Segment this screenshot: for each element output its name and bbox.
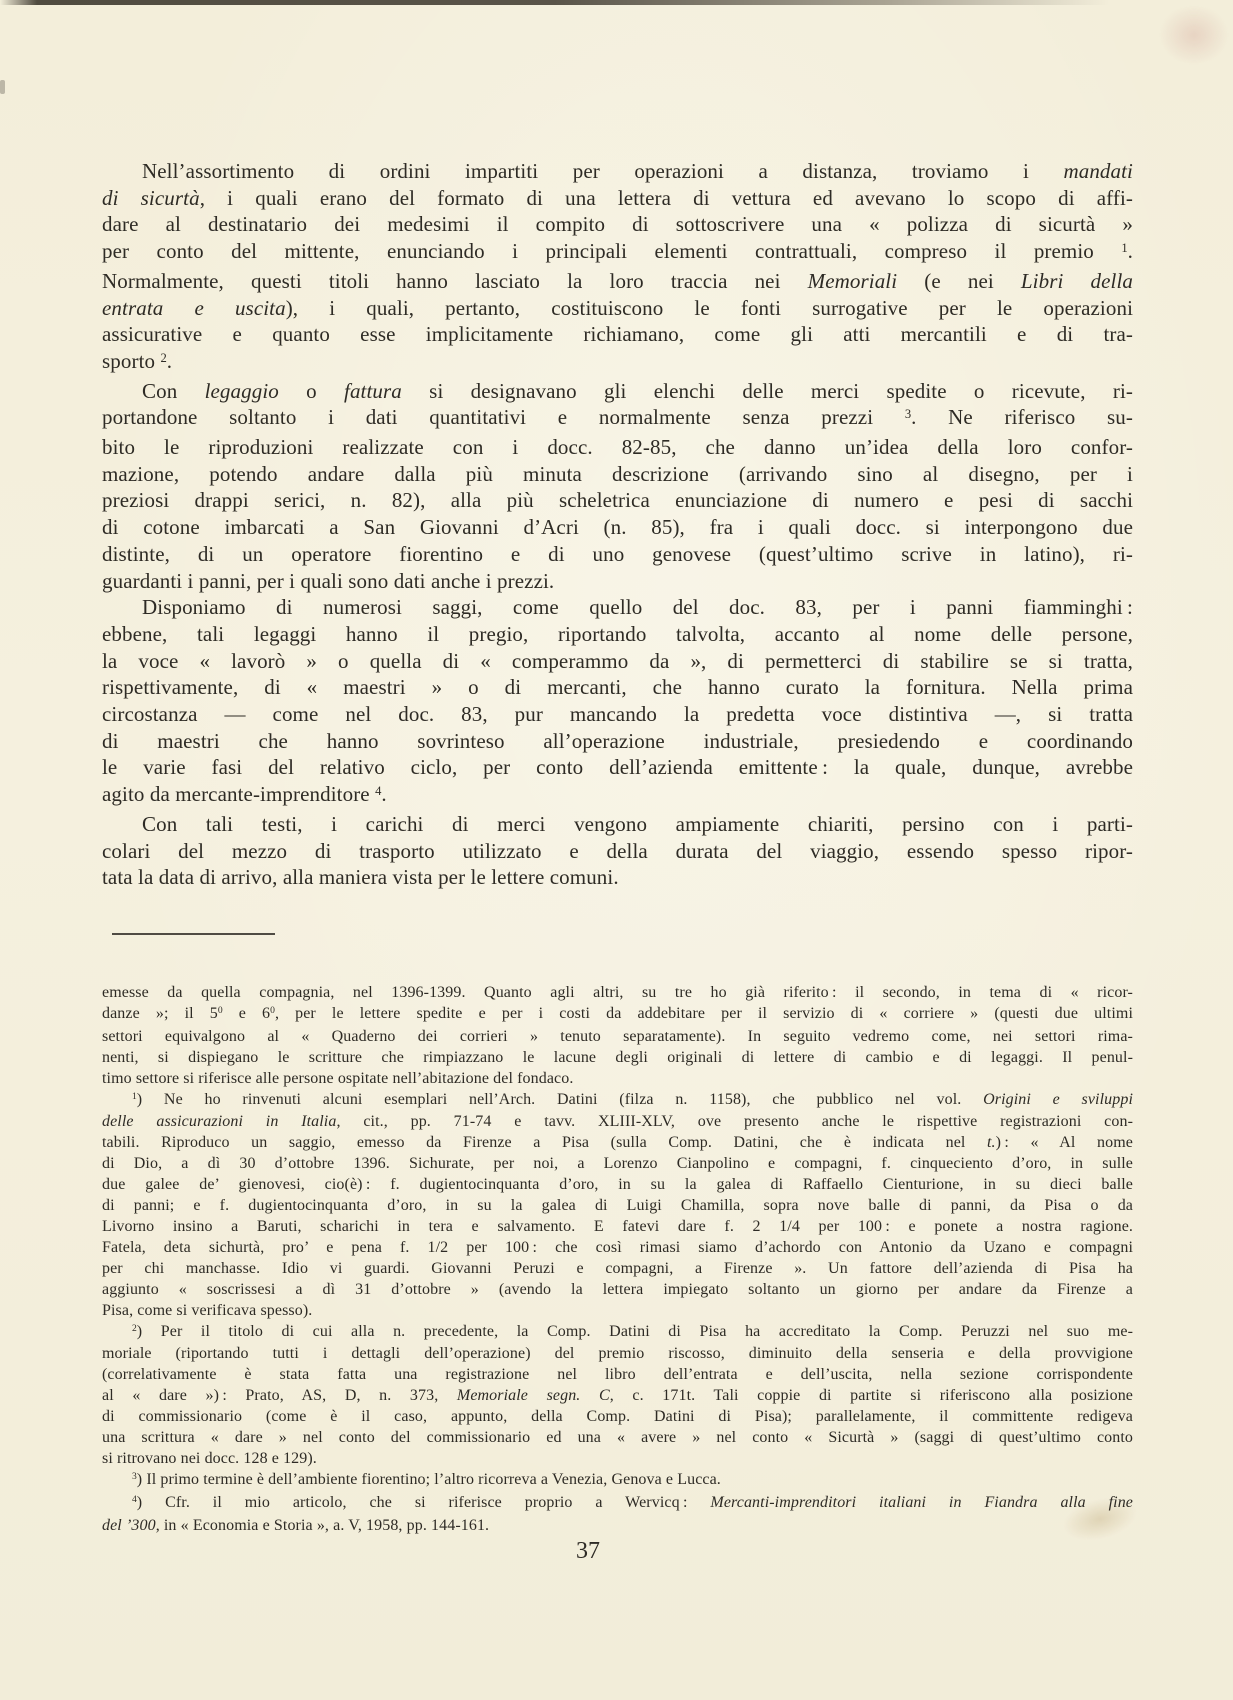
text-line: di commissionario (come è il caso, appun… — [102, 1407, 1133, 1428]
text-line: di maestri che hanno sovrinteso all’oper… — [102, 728, 1133, 755]
text-line: 3) Il primo termine è dell’ambiente fior… — [102, 1470, 1133, 1493]
text-line: Livorno insino a Baruti, scharichi in te… — [102, 1217, 1133, 1238]
text-line: la voce « lavorò » o quella di « compera… — [102, 648, 1133, 675]
footnote-1: 1) Ne ho rinvenuti alcuni esemplari nell… — [102, 1090, 1133, 1322]
scan-smudge-top-right — [1158, 4, 1230, 66]
text-line: colari del mezzo di trasporto utilizzato… — [102, 838, 1133, 865]
footnote-3: 3) Il primo termine è dell’ambiente fior… — [102, 1470, 1133, 1493]
scan-mark-left-edge — [0, 80, 5, 94]
footnote-4: 4) Cfr. il mio articolo, che si riferisc… — [102, 1493, 1133, 1537]
book-page-scan: Nell’assortimento di ordini impartiti pe… — [0, 0, 1233, 1700]
footnote-continuation: emesse da quella compagnia, nel 1396-139… — [102, 983, 1133, 1090]
footnote-2: 2) Per il titolo di cui alla n. preceden… — [102, 1322, 1133, 1470]
text-line: due galee de’ gienovesi, cio(è) : f. dug… — [102, 1175, 1133, 1196]
text-line: Con tali testi, i carichi di merci vengo… — [102, 811, 1133, 838]
text-line: una scrittura « dare » nel conto del com… — [102, 1428, 1133, 1449]
paragraph-carichi-di-merci: Con tali testi, i carichi di merci vengo… — [102, 811, 1133, 891]
text-line: aggiunto « soscrissesi a dì 31 d’ottobre… — [102, 1280, 1133, 1301]
text-line: Nell’assortimento di ordini impartiti pe… — [102, 158, 1133, 185]
text-line: di sicurtà, i quali erano del formato di… — [102, 185, 1133, 212]
text-line: ebbene, tali legaggi hanno il pregio, ri… — [102, 621, 1133, 648]
text-line: di panni; e f. dugientocinquanta d’oro, … — [102, 1196, 1133, 1217]
text-line: Fatela, deta sichurtà, pro’ e pena f. 1/… — [102, 1238, 1133, 1259]
text-line: Pisa, come si verificava spesso). — [102, 1301, 1133, 1322]
text-line: rispettivamente, di « maestri » o di mer… — [102, 674, 1133, 701]
text-line: per conto del mittente, enunciando i pri… — [102, 238, 1133, 268]
text-line: dare al destinatario dei medesimi il com… — [102, 211, 1133, 238]
text-line: per chi manchasse. Idio vi guardi. Giova… — [102, 1259, 1133, 1280]
text-line: 1) Ne ho rinvenuti alcuni esemplari nell… — [102, 1090, 1133, 1113]
text-line: distinte, di un operatore fiorentino e d… — [102, 541, 1133, 568]
paragraph-legaggio-fattura: Con legaggio o fattura si designavano gl… — [102, 378, 1133, 595]
text-line: settori equivalgono al « Quaderno dei co… — [102, 1027, 1133, 1048]
text-line: entrata e uscita), i quali, pertanto, co… — [102, 295, 1133, 322]
paragraph-mandati-di-sicurta: Nell’assortimento di ordini impartiti pe… — [102, 158, 1133, 378]
text-line: 2) Per il titolo di cui alla n. preceden… — [102, 1322, 1133, 1345]
text-line: mazione, potendo andare dalla più minuta… — [102, 461, 1133, 488]
text-line: le varie fasi del relativo ciclo, per co… — [102, 754, 1133, 781]
text-line: del ’300, in « Economia e Storia », a. V… — [102, 1516, 1133, 1537]
text-line: guardanti i panni, per i quali sono dati… — [102, 568, 1133, 595]
text-line: preziosi drappi serici, n. 82), alla più… — [102, 487, 1133, 514]
text-line: al « dare ») : Prato, AS, D, n. 373, Mem… — [102, 1386, 1133, 1407]
body-text: Nell’assortimento di ordini impartiti pe… — [102, 158, 1133, 891]
text-line: danze »; il 50 e 60, per le lettere sped… — [102, 1004, 1133, 1027]
text-line: moriale (riportando tutti i dettagli del… — [102, 1344, 1133, 1365]
text-line: sporto 2. — [102, 348, 1133, 378]
page-number: 37 — [0, 1538, 1176, 1565]
text-line: tata la data di arrivo, alla maniera vis… — [102, 864, 1133, 891]
footnote-separator — [112, 933, 275, 935]
text-line: portandone soltanto i dati quantitativi … — [102, 404, 1133, 434]
text-line: nenti, si dispiegano le scritture che ri… — [102, 1048, 1133, 1069]
text-line: Con legaggio o fattura si designavano gl… — [102, 378, 1133, 405]
text-line: Normalmente, questi titoli hanno lasciat… — [102, 268, 1133, 295]
text-line: circostanza — come nel doc. 83, pur manc… — [102, 701, 1133, 728]
text-line: si ritrovano nei docc. 128 e 129). — [102, 1449, 1133, 1470]
scan-edge-top — [0, 0, 1233, 5]
text-line: 4) Cfr. il mio articolo, che si riferisc… — [102, 1493, 1133, 1516]
text-line: tabili. Riproduco un saggio, emesso da F… — [102, 1133, 1133, 1154]
text-line: assicurative e quanto esse implicitament… — [102, 321, 1133, 348]
text-line: Disponiamo di numerosi saggi, come quell… — [102, 594, 1133, 621]
text-line: di Dio, a dì 30 d’ottobre 1396. Sichurat… — [102, 1154, 1133, 1175]
text-line: agito da mercante-imprenditore 4. — [102, 781, 1133, 811]
text-line: delle assicurazioni in Italia, cit., pp.… — [102, 1112, 1133, 1133]
text-line: timo settore si riferisce alle persone o… — [102, 1069, 1133, 1090]
text-line: bito le riproduzioni realizzate con i do… — [102, 434, 1133, 461]
text-line: di cotone imbarcati a San Giovanni d’Acr… — [102, 514, 1133, 541]
footnotes-section: emesse da quella compagnia, nel 1396-139… — [102, 983, 1133, 1537]
paragraph-panni-fiamminghi: Disponiamo di numerosi saggi, come quell… — [102, 594, 1133, 811]
text-line: emesse da quella compagnia, nel 1396-139… — [102, 983, 1133, 1004]
text-line: (correlativamente è stata fatta una regi… — [102, 1365, 1133, 1386]
